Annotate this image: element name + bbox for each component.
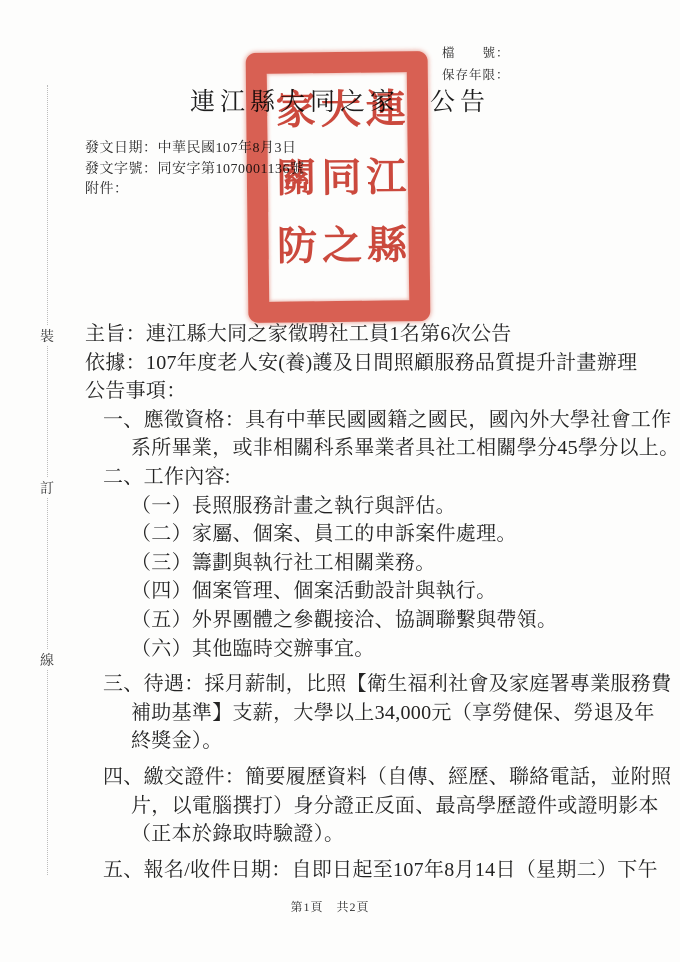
body-line: 補助基準】支薪，大學以上34,000元（享勞健保、勞退及年 — [85, 699, 645, 728]
body-line: （四）個案管理、個案活動設計與執行。 — [85, 577, 645, 606]
body-line: 二、工作內容: — [85, 463, 645, 492]
seal-text-column: 家關防 — [270, 81, 316, 299]
binding-mark: 訂 — [37, 478, 57, 498]
body-line: （二）家屬、個案、員工的申訴案件處理。 — [85, 520, 645, 549]
page-number: 第1頁 共2頁 — [0, 898, 660, 915]
body-line: 四、繳交證件：簡要履歷資料（自傳、經歷、聯絡電話，並附照 — [85, 763, 645, 792]
body-line: 片，以電腦撰打）身分證正反面、最高學歷證件或證明影本 — [85, 792, 645, 821]
announcement-document: 檔 號： 保存年限： 連江縣大同之家 公告 發文日期：中華民國107年8月3日 … — [0, 0, 680, 962]
body-line: （六）其他臨時交辦事宜。 — [85, 635, 645, 664]
file-reference-block: 檔 號： 保存年限： — [442, 42, 510, 86]
binding-mark: 裝 — [37, 326, 57, 346]
body-line: （正本於錄取時驗證）。 — [85, 820, 645, 849]
body-line: 三、待遇：採月薪制，比照【衛生福利社會及家庭署專業服務費 — [85, 670, 645, 699]
body-line: （五）外界團體之參觀接洽、協調聯繫與帶領。 — [85, 606, 645, 635]
binding-mark: 線 — [37, 650, 57, 670]
seal-text-column: 連江縣 — [360, 80, 406, 298]
body-line: 公告事項： — [85, 377, 645, 406]
body-line: 系所畢業，或非相關科系畢業者具社工相關學分45學分以上。 — [85, 434, 645, 463]
seal-text-column: 大同之 — [315, 81, 361, 299]
body-line: （三）籌劃與執行社工相關業務。 — [85, 549, 645, 578]
body-line: 一、應徵資格：具有中華民國國籍之國民，國內外大學社會工作 — [85, 406, 645, 435]
official-seal-stamp: 連江縣大同之家關防 — [246, 51, 431, 323]
announcement-body: 主旨：連江縣大同之家徵聘社工員1名第6次公告依據：107年度老人安(養)護及日間… — [85, 320, 645, 884]
body-line: 主旨：連江縣大同之家徵聘社工員1名第6次公告 — [85, 320, 645, 349]
body-line: 終獎金）。 — [85, 727, 645, 756]
body-line: （一）長照服務計畫之執行與評估。 — [85, 492, 645, 521]
body-line: 五、報名/收件日期：自即日起至107年8月14日（星期二）下午 — [85, 856, 645, 885]
body-line: 依據：107年度老人安(養)護及日間照顧服務品質提升計畫辦理 — [85, 349, 645, 378]
file-number-label: 檔 號： — [442, 42, 510, 64]
